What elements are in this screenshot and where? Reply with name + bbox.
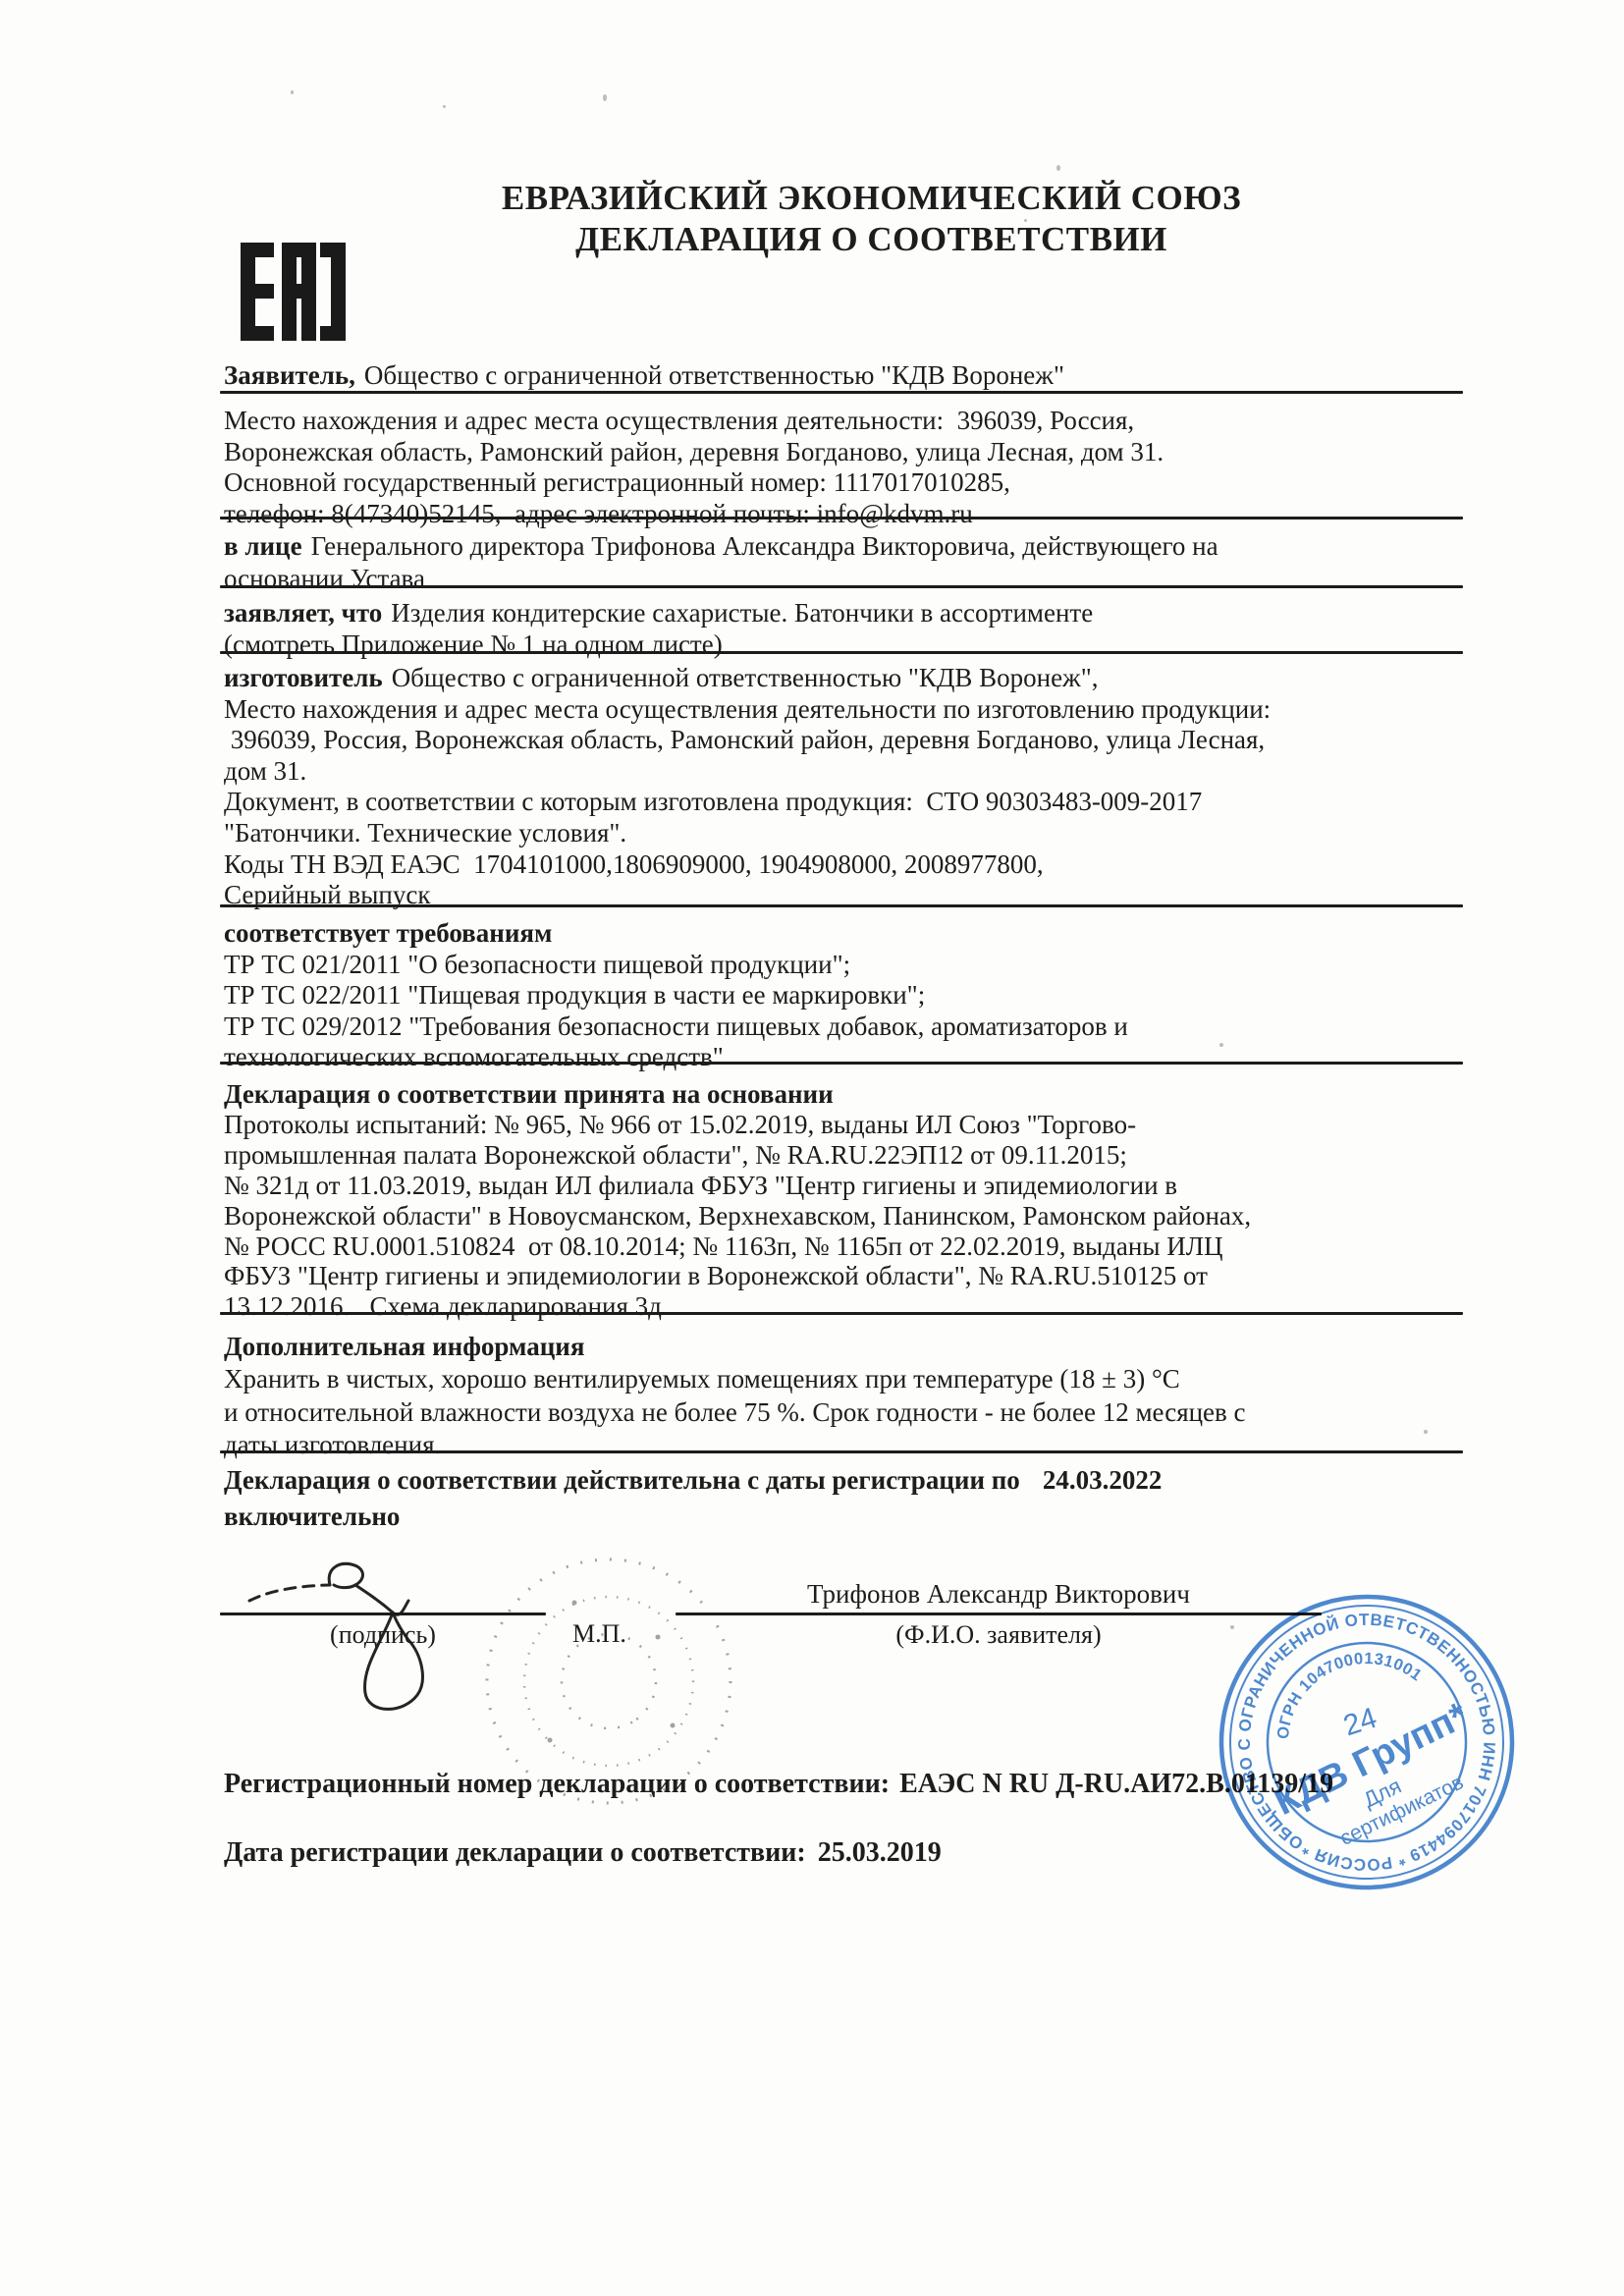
declaration-document: ЕВРАЗИЙСКИЙ ЭКОНОМИЧЕСКИЙ СОЮЗ ДЕКЛАРАЦИ… <box>0 0 1624 2296</box>
eac-mark-icon <box>233 236 358 348</box>
text-line: Протоколы испытаний: № 965, № 966 от 15.… <box>224 1110 1441 1140</box>
text-line: Воронежская область, Рамонский район, де… <box>224 437 1441 468</box>
section-divider <box>220 517 1463 519</box>
text-line: ТР ТС 022/2011 "Пищевая продукция в част… <box>224 980 1441 1011</box>
section-divider <box>220 1450 1463 1453</box>
text-line: ТР ТС 021/2011 "О безопасности пищевой п… <box>224 950 1441 981</box>
signature-caption: (подпись) <box>220 1620 546 1650</box>
manufacturer-line: изготовительОбщество с ограниченной отве… <box>224 663 1441 694</box>
section-divider <box>220 1312 1463 1315</box>
manufacturer-name: Общество с ограниченной ответственностью… <box>392 663 1099 692</box>
section-divider <box>220 904 1463 907</box>
document-title: ДЕКЛАРАЦИЯ О СООТВЕТСТВИИ <box>412 219 1330 260</box>
stamp-place-label: М.П. <box>572 1619 651 1649</box>
applicant-line: Заявитель,Общество с ограниченной ответс… <box>224 360 1441 392</box>
registration-number-label: Регистрационный номер декларации о соотв… <box>224 1769 890 1799</box>
section-divider <box>220 391 1463 394</box>
text-line: № РОСС RU.0001.510824 от 08.10.2014; № 1… <box>224 1231 1441 1262</box>
additional-info-section: Дополнительная информация Хранить в чист… <box>224 1331 1441 1461</box>
text-line: "Батончики. Технические условия". <box>224 818 1441 849</box>
compliance-label: соответствует требованиям <box>224 918 1433 950</box>
text-line: промышленная палата Воронежской области"… <box>224 1140 1441 1171</box>
compliance-section: соответствует требованиям ТР ТС 021/2011… <box>224 918 1441 1073</box>
validity-section: Декларация о соответствии действительна … <box>224 1462 1441 1535</box>
basis-section: Декларация о соответствии принята на осн… <box>224 1079 1441 1322</box>
section-divider <box>220 585 1463 588</box>
manufacturer-section: изготовительОбщество с ограниченной отве… <box>224 663 1441 911</box>
scan-speck <box>443 105 446 108</box>
validity-text: Декларация о соответствии действительна … <box>224 1465 1020 1495</box>
section-divider <box>220 651 1463 654</box>
subject-line: заявляет, чтоИзделия кондитерские сахари… <box>224 598 1441 629</box>
scan-speck <box>1024 219 1027 222</box>
representative-label: в лице <box>224 531 302 561</box>
scan-speck <box>603 94 607 101</box>
text-line: ФБУЗ "Центр гигиены и эпидемиологии в Во… <box>224 1261 1441 1291</box>
text-line: Основной государственный регистрационный… <box>224 467 1441 499</box>
applicant-section: Заявитель,Общество с ограниченной ответс… <box>224 360 1441 392</box>
text-line: Документ, в соответствии с которым изгот… <box>224 787 1441 818</box>
registration-date-value: 25.03.2019 <box>818 1837 942 1868</box>
validity-text2: включительно <box>224 1499 1433 1535</box>
basis-label: Декларация о соответствии принята на осн… <box>224 1079 1433 1110</box>
representative-text: Генерального директора Трифонова Алексан… <box>311 531 1218 561</box>
scan-speck <box>1424 1430 1428 1434</box>
text-line: 13.12.2016. Схема декларирования 3д <box>224 1291 1441 1322</box>
applicant-details-section: Место нахождения и адрес места осуществл… <box>224 406 1441 529</box>
text-line: (смотреть Приложение № 1 на одном листе) <box>224 629 1441 661</box>
applicant-name: Общество с ограниченной ответственностью… <box>364 360 1064 390</box>
text-line: технологических вспомогательных средств" <box>224 1042 1441 1073</box>
registration-date-label: Дата регистрации декларации о соответств… <box>224 1837 806 1868</box>
additional-info-label: Дополнительная информация <box>224 1331 1433 1363</box>
scan-speck <box>1056 165 1060 171</box>
text-line: даты изготовления. <box>224 1429 1441 1461</box>
subject-label: заявляет, что <box>224 598 382 628</box>
text-line: Место нахождения и адрес места осуществл… <box>224 694 1441 726</box>
text-line: основании Устава <box>224 563 1441 595</box>
text-line: дом 31. <box>224 756 1441 788</box>
text-line: № 321д от 11.03.2019, выдан ИЛ филиала Ф… <box>224 1171 1441 1201</box>
scan-speck <box>1219 1043 1223 1047</box>
scan-speck <box>1230 1625 1234 1629</box>
text-line: Воронежской области" в Новоусманском, Ве… <box>224 1201 1441 1231</box>
representative-line: в лицеГенерального директора Трифонова А… <box>224 530 1441 563</box>
text-line: ТР ТС 029/2012 "Требования безопасности … <box>224 1011 1441 1043</box>
signature-line <box>220 1613 546 1615</box>
subject-text: Изделия кондитерские сахаристые. Батончи… <box>391 598 1093 628</box>
text-line: Коды ТН ВЭД ЕАЭС 1704101000,1806909000, … <box>224 849 1441 881</box>
scan-speck <box>291 90 294 94</box>
validity-date: 24.03.2022 <box>1043 1465 1163 1495</box>
text-line: и относительной влажности воздуха не бол… <box>224 1396 1441 1429</box>
text-line: 396039, Россия, Воронежская область, Рам… <box>224 725 1441 756</box>
manufacturer-label: изготовитель <box>224 663 383 692</box>
text-line: Место нахождения и адрес места осуществл… <box>224 406 1441 437</box>
text-line: Хранить в чистых, хорошо вентилируемых п… <box>224 1363 1441 1395</box>
applicant-label: Заявитель, <box>224 360 355 390</box>
registration-number-line: Регистрационный номер декларации о соотв… <box>224 1769 1333 1800</box>
union-title: ЕВРАЗИЙСКИЙ ЭКОНОМИЧЕСКИЙ СОЮЗ <box>412 178 1330 219</box>
registration-date-line: Дата регистрации декларации о соответств… <box>224 1837 942 1869</box>
document-header: ЕВРАЗИЙСКИЙ ЭКОНОМИЧЕСКИЙ СОЮЗ ДЕКЛАРАЦИ… <box>412 178 1330 260</box>
company-stamp-icon: ОБЩЕСТВО С ОГРАНИЧЕННОЙ ОТВЕТСТВЕННОСТЬЮ… <box>1215 1590 1519 1894</box>
section-divider <box>220 1062 1463 1065</box>
text-line: телефон: 8(47340)52145, адрес электронно… <box>224 499 1441 530</box>
validity-line: Декларация о соответствии действительна … <box>224 1462 1441 1499</box>
